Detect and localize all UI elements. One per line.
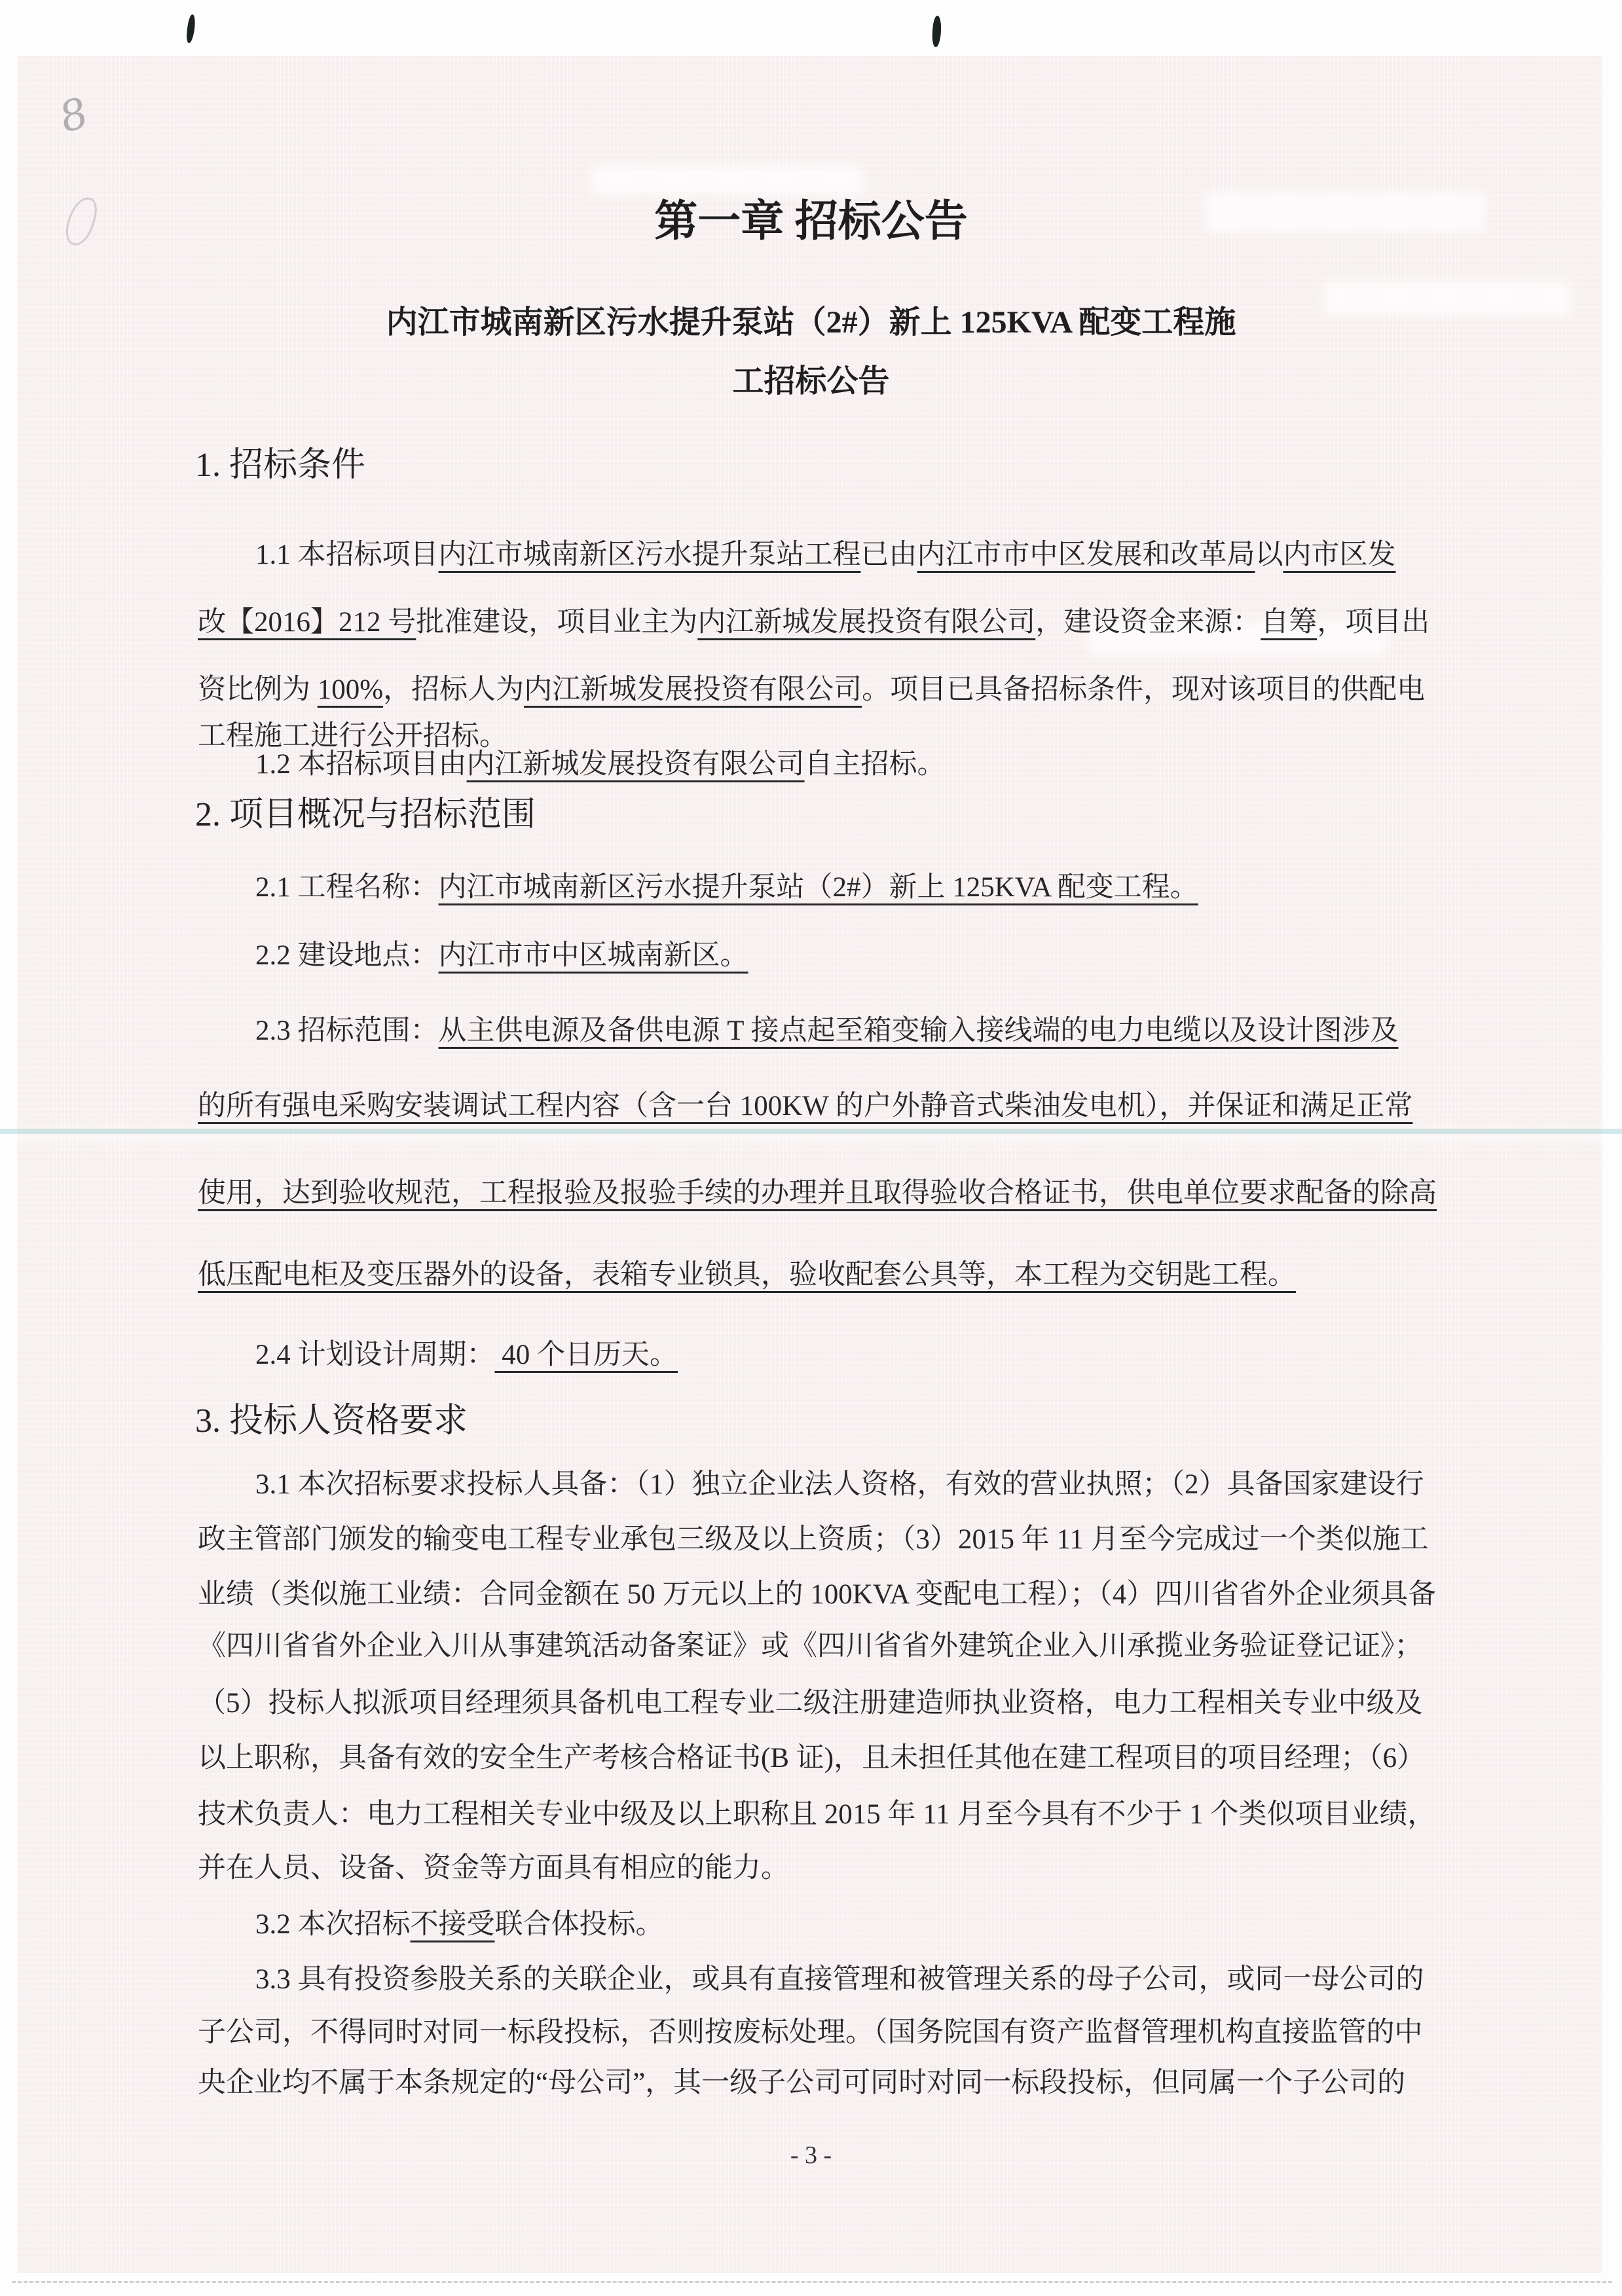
section-3-heading: 3. 投标人资格要求	[195, 1400, 468, 1443]
clause-3-1-line-2: 政主管部门颁发的输变电工程专业承包三级及以上资质；（3）2015 年 11 月至…	[198, 1520, 1429, 1559]
clause-1-1-line-2: 改【2016】212 号批准建设，项目业主为内江新城发展投资有限公司，建设资金来…	[198, 603, 1429, 642]
page-number: - 3 -	[0, 2136, 1622, 2175]
clause-3-1-line-1: 3.1 本次招标要求投标人具备：（1）独立企业法人资格，有效的营业执照；（2）具…	[255, 1465, 1424, 1504]
clause-3-1-line-3: 业绩（类似施工业绩：合同金额在 50 万元以上的 100KVA 变配电工程）；（…	[198, 1575, 1436, 1614]
clause-3-3-line-2: 子公司，不得同时对同一标段投标，否则按废标处理。（国务院国有资产监督管理机构直接…	[198, 2013, 1423, 2052]
scan-speck-top-center	[931, 16, 942, 48]
section-2-heading: 2. 项目概况与招标范围	[195, 793, 536, 837]
clause-2-2: 2.2 建设地点：内江市市中区城南新区。	[255, 936, 748, 975]
clause-3-2: 3.2 本次招标不接受联合体投标。	[255, 1905, 664, 1944]
clause-1-1-line-1: 1.1 本招标项目内江市城南新区污水提升泵站工程已由内江市市中区发展和改革局以内…	[255, 536, 1396, 575]
section-1-heading: 1. 招标条件	[195, 444, 365, 487]
pencil-mark: 8	[58, 88, 89, 143]
doc-title-line-2: 工招标公告	[0, 361, 1622, 402]
scan-speck-top-left	[185, 14, 196, 43]
page-bottom-edge	[12, 2281, 1612, 2283]
scanner-line-artifact	[0, 1129, 1622, 1134]
clause-2-3-line-4: 低压配电柜及变压器外的设备，表箱专业锁具，验收配套公具等，本工程为交钥匙工程。	[198, 1256, 1296, 1295]
clause-2-4: 2.4 计划设计周期： 40 个日历天。	[255, 1336, 678, 1375]
clause-3-1-line-5: （5）投标人拟派项目经理须具备机电工程专业二级注册建造师执业资格，电力工程相关专…	[198, 1684, 1423, 1723]
clause-1-1-line-3: 资比例为 100%，招标人为内江新城发展投资有限公司。项目已具备招标条件，现对该…	[198, 670, 1425, 710]
clause-3-1-line-6: 以上职称，具备有效的安全生产考核合格证书(B 证)，且未担任其他在建工程项目的项…	[198, 1739, 1425, 1778]
doc-title-line-1: 内江市城南新区污水提升泵站（2#）新上 125KVA 配变工程施	[0, 302, 1622, 343]
clause-2-3-line-2: 的所有强电采购安装调试工程内容（含一台 100KW 的户外静音式柴油发电机），并…	[198, 1087, 1412, 1126]
clause-2-1: 2.1 工程名称：内江市城南新区污水提升泵站（2#）新上 125KVA 配变工程…	[255, 868, 1198, 907]
clause-3-3-line-1: 3.3 具有投资参股关系的关联企业，或具有直接管理和被管理关系的母子公司，或同一…	[255, 1960, 1424, 1999]
clause-2-3-line-3: 使用，达到验收规范，工程报验及报验手续的办理并且取得验收合格证书，供电单位要求配…	[198, 1174, 1437, 1213]
clause-3-1-line-4: 《四川省省外企业入川从事建筑活动备案证》或《四川省省外建筑企业入川承揽业务验证登…	[198, 1627, 1423, 1666]
clause-2-3-line-1: 2.3 招标范围：从主供电源及备供电源 T 接点起至箱变输入接线端的电力电缆以及…	[255, 1011, 1399, 1051]
clause-3-1-line-8: 并在人员、设备、资金等方面具有相应的能力。	[198, 1849, 789, 1888]
bleed-through-ghost-4	[589, 165, 864, 195]
chapter-title: 第一章 招标公告	[0, 195, 1622, 249]
clause-3-1-line-7: 技术负责人：电力工程相关专业中级及以上职称且 2015 年 11 月至今具有不少…	[198, 1795, 1435, 1834]
clause-3-3-line-3: 央企业均不属于本条规定的“母公司”，其一级子公司可同时对同一标段投标，但同属一个…	[198, 2064, 1405, 2103]
scanned-document-page: { "colors": { "paper": "#f8f1f1", "ink":…	[0, 0, 1622, 2296]
clause-1-2: 1.2 本招标项目由内江新城发展投资有限公司自主招标。	[255, 745, 946, 784]
